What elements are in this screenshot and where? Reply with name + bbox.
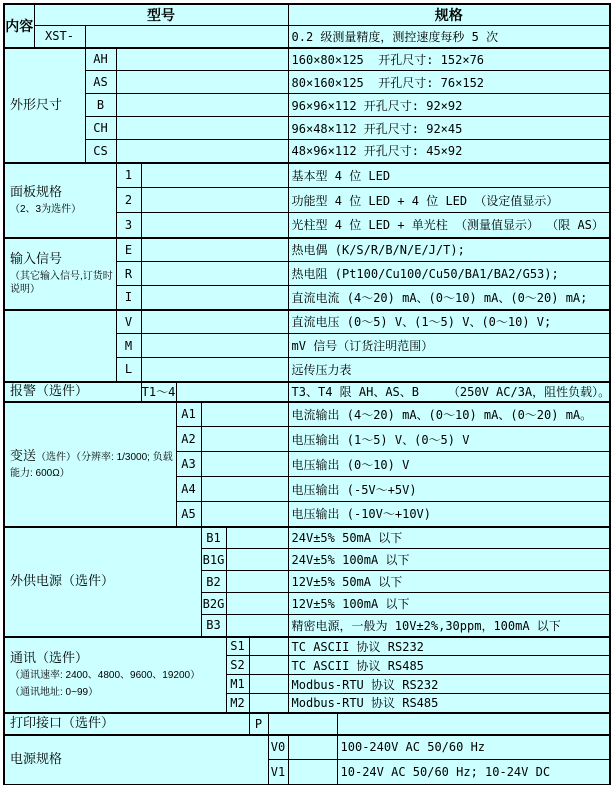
empty-model-cell <box>176 382 288 402</box>
section-label-print: 打印接口（选件） <box>4 713 249 735</box>
section-label-panel: 面板规格 （2、3为选件） <box>4 163 116 238</box>
model-code: CH <box>85 117 116 140</box>
table-row: 电源规格 V0 100-240V AC 50/60 Hz <box>4 735 610 760</box>
model-code: B1 <box>201 527 226 549</box>
empty-model-cell <box>226 593 288 615</box>
spec-text: Modbus-RTU 协议 RS485 <box>288 694 610 713</box>
table-row: XST- 0.2 级测量精度，测控速度每秒 5 次 <box>4 26 610 48</box>
table-row: B 96×96×112 开孔尺寸: 92×92 <box>4 94 610 117</box>
spec-text: mV 信号（订货注明范围） <box>288 334 610 358</box>
spec-text: 100-240V AC 50/60 Hz <box>337 735 610 760</box>
empty-model-cell <box>141 262 288 286</box>
empty-model-cell <box>226 527 288 549</box>
model-code: M <box>116 334 141 358</box>
spec-text: TC ASCII 协议 RS232 <box>288 637 610 656</box>
spec-text: 电压输出 (1～5) V、(0～5) V <box>288 427 610 452</box>
input-label-text: 输入信号 <box>10 251 62 266</box>
model-prefix-cell: XST- <box>34 26 85 48</box>
spec-text: 160×80×125 开孔尺寸: 152×76 <box>288 48 610 71</box>
empty-model-cell <box>226 571 288 593</box>
spec-text: TC ASCII 协议 RS485 <box>288 656 610 675</box>
spec-text: 24V±5% 50mA 以下 <box>288 527 610 549</box>
spec-text: 电压输出 (-10V～+10V) <box>288 502 610 527</box>
model-code: I <box>116 286 141 310</box>
model-code: B3 <box>201 615 226 637</box>
comm-label-note-rate: （通讯速率: 2400、4800、9600、19200） <box>10 670 226 683</box>
table-row: 外形尺寸 AH 160×80×125 开孔尺寸: 152×76 <box>4 48 610 71</box>
empty-model-cell <box>141 238 288 262</box>
spec-text: 热电偶 (K/S/R/B/N/E/J/T); <box>288 238 610 262</box>
table-row: 报警（选件） T1～4 T3、T4 限 AH、AS、B （250V AC/3A，… <box>4 382 610 402</box>
empty-model-cell <box>141 286 288 310</box>
empty-model-cell <box>201 452 288 477</box>
empty-model-cell <box>141 334 288 358</box>
table-row: 面板规格 （2、3为选件） 1 基本型 4 位 LED <box>4 163 610 188</box>
empty-model-cell <box>141 163 288 188</box>
table-row: AS 80×160×125 开孔尺寸: 76×152 <box>4 71 610 94</box>
spec-text: 精密电源，一般为 10V±2%,30ppm，100mA 以下 <box>288 615 610 637</box>
model-code: S1 <box>226 637 249 656</box>
section-label-input: 输入信号 （其它输入信号,订货时说明） <box>4 238 116 310</box>
panel-label-note: （2、3为选件） <box>10 204 116 217</box>
spec-text: 12V±5% 50mA 以下 <box>288 571 610 593</box>
empty-model-cell <box>141 188 288 213</box>
empty-model-cell <box>116 140 288 163</box>
spec-text: Modbus-RTU 协议 RS232 <box>288 675 610 694</box>
model-code: L <box>116 358 141 382</box>
model-code: B1G <box>201 549 226 571</box>
model-code: R <box>116 262 141 286</box>
table-row: 变送（选件）（分辨率: 1/3000; 负载能力: 600Ω） A1 电流输出 … <box>4 402 610 427</box>
spec-text: 功能型 4 位 LED + 4 位 LED （设定值显示） <box>288 188 610 213</box>
spec-text: 直流电压 (0～5) V、(1～5) V、(0～10) V; <box>288 310 610 334</box>
model-code: 3 <box>116 213 141 238</box>
model-code: V1 <box>268 760 288 785</box>
model-code: A2 <box>176 427 201 452</box>
panel-label-text: 面板规格 <box>10 184 62 199</box>
section-label-comm: 通讯（选件） （通讯速率: 2400、4800、9600、19200） （通讯地… <box>4 637 226 713</box>
model-code: V0 <box>268 735 288 760</box>
empty-model-cell <box>201 402 288 427</box>
model-code: CS <box>85 140 116 163</box>
empty-model-cell <box>201 502 288 527</box>
table-row: 输入信号 （其它输入信号,订货时说明） E 热电偶 (K/S/R/B/N/E/J… <box>4 238 610 262</box>
empty-model-cell <box>268 713 337 735</box>
empty-model-cell <box>288 760 337 785</box>
empty-model-cell <box>116 48 288 71</box>
empty-model-cell <box>141 358 288 382</box>
empty-model-cell <box>85 26 288 48</box>
empty-model-cell <box>226 615 288 637</box>
model-code: A5 <box>176 502 201 527</box>
spec-text: 电流输出 (4～20) mA、(0～10) mA、(0～20) mA。 <box>288 402 610 427</box>
header-content-cell: 内容 <box>4 4 34 48</box>
spec-text: 96×96×112 开孔尺寸: 92×92 <box>288 94 610 117</box>
spec-text: 基本型 4 位 LED <box>288 163 610 188</box>
model-code: B <box>85 94 116 117</box>
comm-label-text: 通讯（选件） <box>10 650 88 665</box>
spec-text: T3、T4 限 AH、AS、B （250V AC/3A，阻性负载）。 <box>288 382 610 402</box>
spec-text: 直流电流 (4～20) mA、(0～10) mA、(0～20) mA; <box>288 286 610 310</box>
section-label-alarm: 报警（选件） <box>4 382 141 402</box>
empty-model-cell <box>226 549 288 571</box>
header-spec-cell: 规格 <box>288 4 610 26</box>
section-label-supply: 电源规格 <box>4 735 268 785</box>
empty-model-cell <box>249 675 288 694</box>
header-model-cell: 型号 <box>34 4 288 26</box>
model-code: B2 <box>201 571 226 593</box>
table-row: 外供电源（选件） B1 24V±5% 50mA 以下 <box>4 527 610 549</box>
spec-text: 24V±5% 100mA 以下 <box>288 549 610 571</box>
empty-model-cell <box>141 310 288 334</box>
spec-text: 0.2 级测量精度，测控速度每秒 5 次 <box>288 26 610 48</box>
spec-text: 12V±5% 100mA 以下 <box>288 593 610 615</box>
empty-model-cell <box>116 71 288 94</box>
model-code: T1～4 <box>141 382 176 402</box>
model-code: P <box>249 713 268 735</box>
input-label-note: （其它输入信号,订货时说明） <box>10 271 116 296</box>
model-code: A1 <box>176 402 201 427</box>
section-label-size: 外形尺寸 <box>4 48 85 163</box>
model-code: V <box>116 310 141 334</box>
section-label-power: 外供电源（选件） <box>4 527 201 637</box>
model-code: 1 <box>116 163 141 188</box>
empty-model-cell <box>116 94 288 117</box>
model-code: AS <box>85 71 116 94</box>
spec-text: 80×160×125 开孔尺寸: 76×152 <box>288 71 610 94</box>
table-row: 通讯（选件） （通讯速率: 2400、4800、9600、19200） （通讯地… <box>4 637 610 656</box>
model-code: 2 <box>116 188 141 213</box>
spec-text: 10-24V AC 50/60 Hz; 10-24V DC <box>337 760 610 785</box>
spec-text: 远传压力表 <box>288 358 610 382</box>
table-row: CS 48×96×112 开孔尺寸: 45×92 <box>4 140 610 163</box>
model-spec-table: 内容 型号 规格 XST- 0.2 级测量精度，测控速度每秒 5 次 外形尺寸 … <box>3 3 611 785</box>
empty-model-cell <box>141 213 288 238</box>
section-label-transmit: 变送（选件）（分辨率: 1/3000; 负载能力: 600Ω） <box>4 402 176 527</box>
model-code: S2 <box>226 656 249 675</box>
comm-label-note-addr: （通讯地址: 0~99） <box>10 687 226 700</box>
model-code: AH <box>85 48 116 71</box>
model-code: E <box>116 238 141 262</box>
empty-model-cell <box>201 427 288 452</box>
spec-text: 96×48×112 开孔尺寸: 92×45 <box>288 117 610 140</box>
spec-text <box>337 713 610 735</box>
section-label-input-extra <box>4 310 116 382</box>
model-code: M1 <box>226 675 249 694</box>
spec-text: 电压输出 (0～10) V <box>288 452 610 477</box>
table-row: CH 96×48×112 开孔尺寸: 92×45 <box>4 117 610 140</box>
table-row: 打印接口（选件） P <box>4 713 610 735</box>
model-code: B2G <box>201 593 226 615</box>
spec-text: 48×96×112 开孔尺寸: 45×92 <box>288 140 610 163</box>
empty-model-cell <box>249 694 288 713</box>
empty-model-cell <box>116 117 288 140</box>
table-row: V 直流电压 (0～5) V、(1～5) V、(0～10) V; <box>4 310 610 334</box>
spec-text: 热电阻 (Pt100/Cu100/Cu50/BA1/BA2/G53); <box>288 262 610 286</box>
model-code: M2 <box>226 694 249 713</box>
empty-model-cell <box>288 735 337 760</box>
empty-model-cell <box>201 477 288 502</box>
spec-text: 电压输出 (-5V～+5V) <box>288 477 610 502</box>
model-code: A4 <box>176 477 201 502</box>
empty-model-cell <box>249 637 288 656</box>
table-row: 内容 型号 规格 <box>4 4 610 26</box>
model-code: A3 <box>176 452 201 477</box>
empty-model-cell <box>249 656 288 675</box>
spec-text: 光柱型 4 位 LED + 单光柱 （测量值显示） （限 AS） <box>288 213 610 238</box>
transmit-label-text: 变送 <box>10 448 36 463</box>
